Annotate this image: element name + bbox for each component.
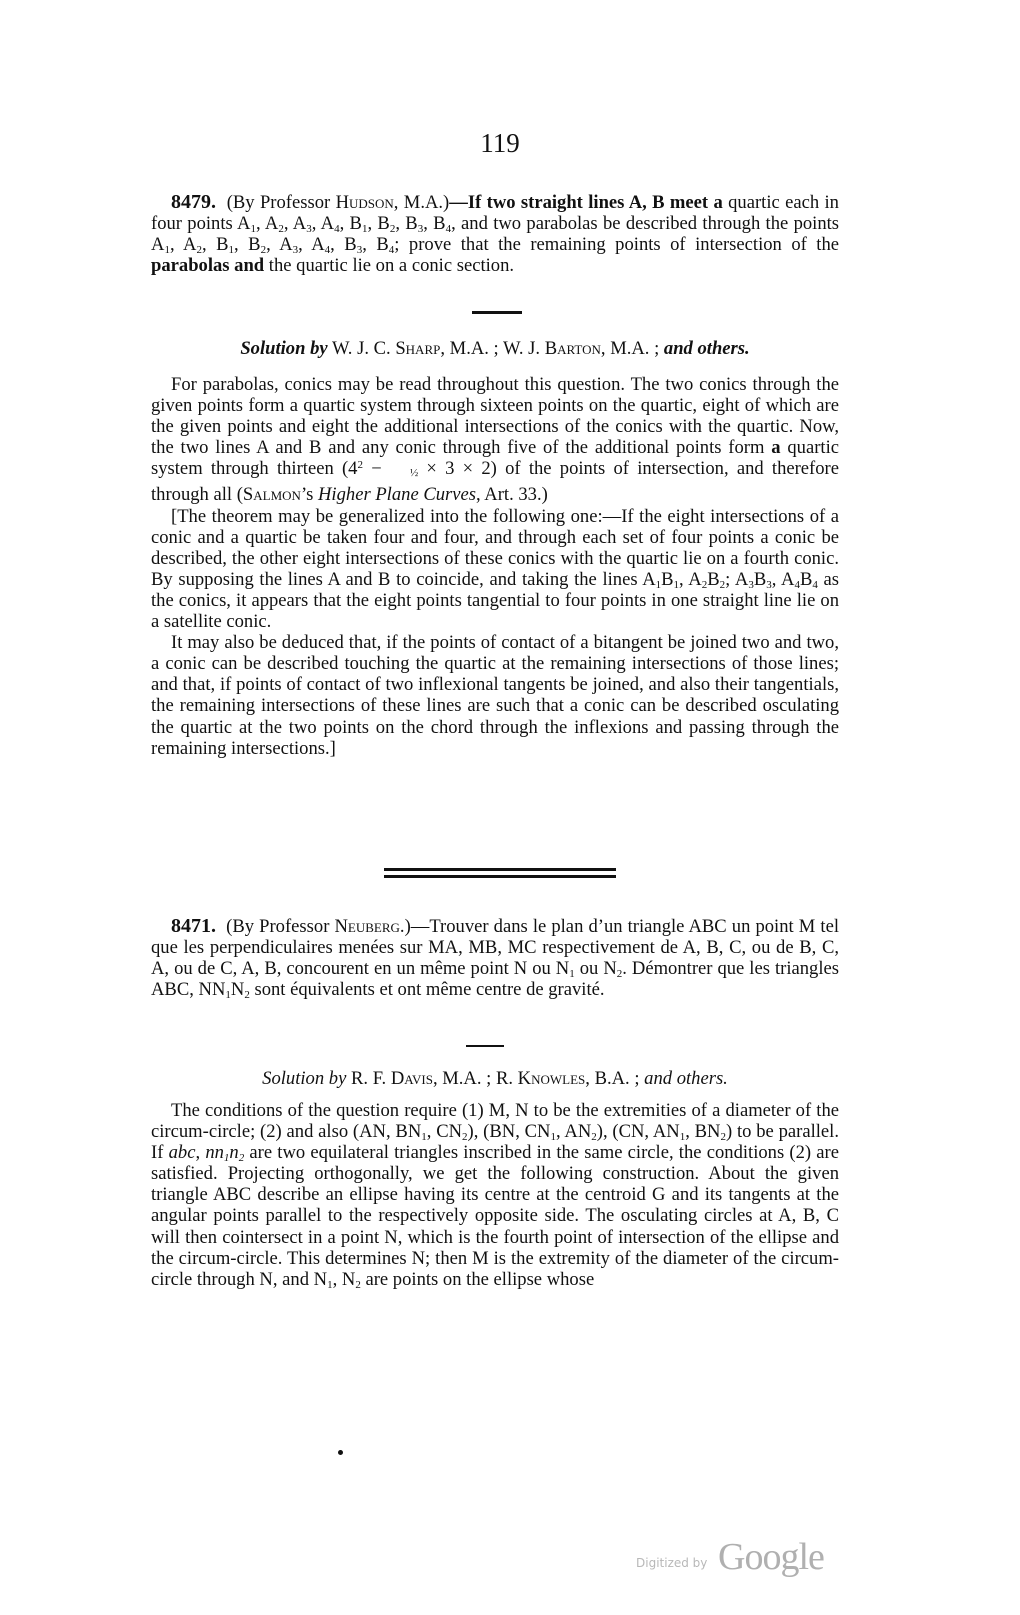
solution-heading: Solution by W. J. C. Sharp, M.A. ; W. J.… xyxy=(151,338,839,360)
solution-paragraph: [The theorem may be generalized into the… xyxy=(151,506,839,633)
solution-heading: Solution by R. F. Davis, M.A. ; R. Knowl… xyxy=(151,1068,839,1090)
double-rule-divider xyxy=(384,868,616,878)
section-rule xyxy=(472,311,522,314)
scan-speck xyxy=(338,1450,343,1455)
solution-paragraph: It may also be deduced that, if the poin… xyxy=(151,632,839,759)
question-8471-text: 8471. (By Professor Neuberg.)—Trouver da… xyxy=(151,916,839,1000)
solution-8479: Solution by W. J. C. Sharp, M.A. ; W. J.… xyxy=(151,338,839,759)
question-8479-text: 8479. (By Professor Hudson, M.A.)—If two… xyxy=(151,192,839,276)
question-8471-statement: 8471. (By Professor Neuberg.)—Trouver da… xyxy=(151,916,839,1000)
solution-paragraph: The conditions of the question require (… xyxy=(151,1100,839,1290)
digitized-by-label: Digitized by xyxy=(636,1556,707,1570)
section-rule xyxy=(466,1045,504,1047)
question-8479-statement: 8479. (By Professor Hudson, M.A.)—If two… xyxy=(151,192,839,276)
solution-8471: Solution by R. F. Davis, M.A. ; R. Knowl… xyxy=(151,1068,839,1290)
google-logo-text: Google xyxy=(718,1535,824,1579)
question-number: 8471. xyxy=(171,915,216,937)
question-number: 8479. xyxy=(171,191,216,213)
page-number: 119 xyxy=(0,128,1000,159)
solution-paragraph: For parabolas, conics may be read throug… xyxy=(151,374,839,506)
